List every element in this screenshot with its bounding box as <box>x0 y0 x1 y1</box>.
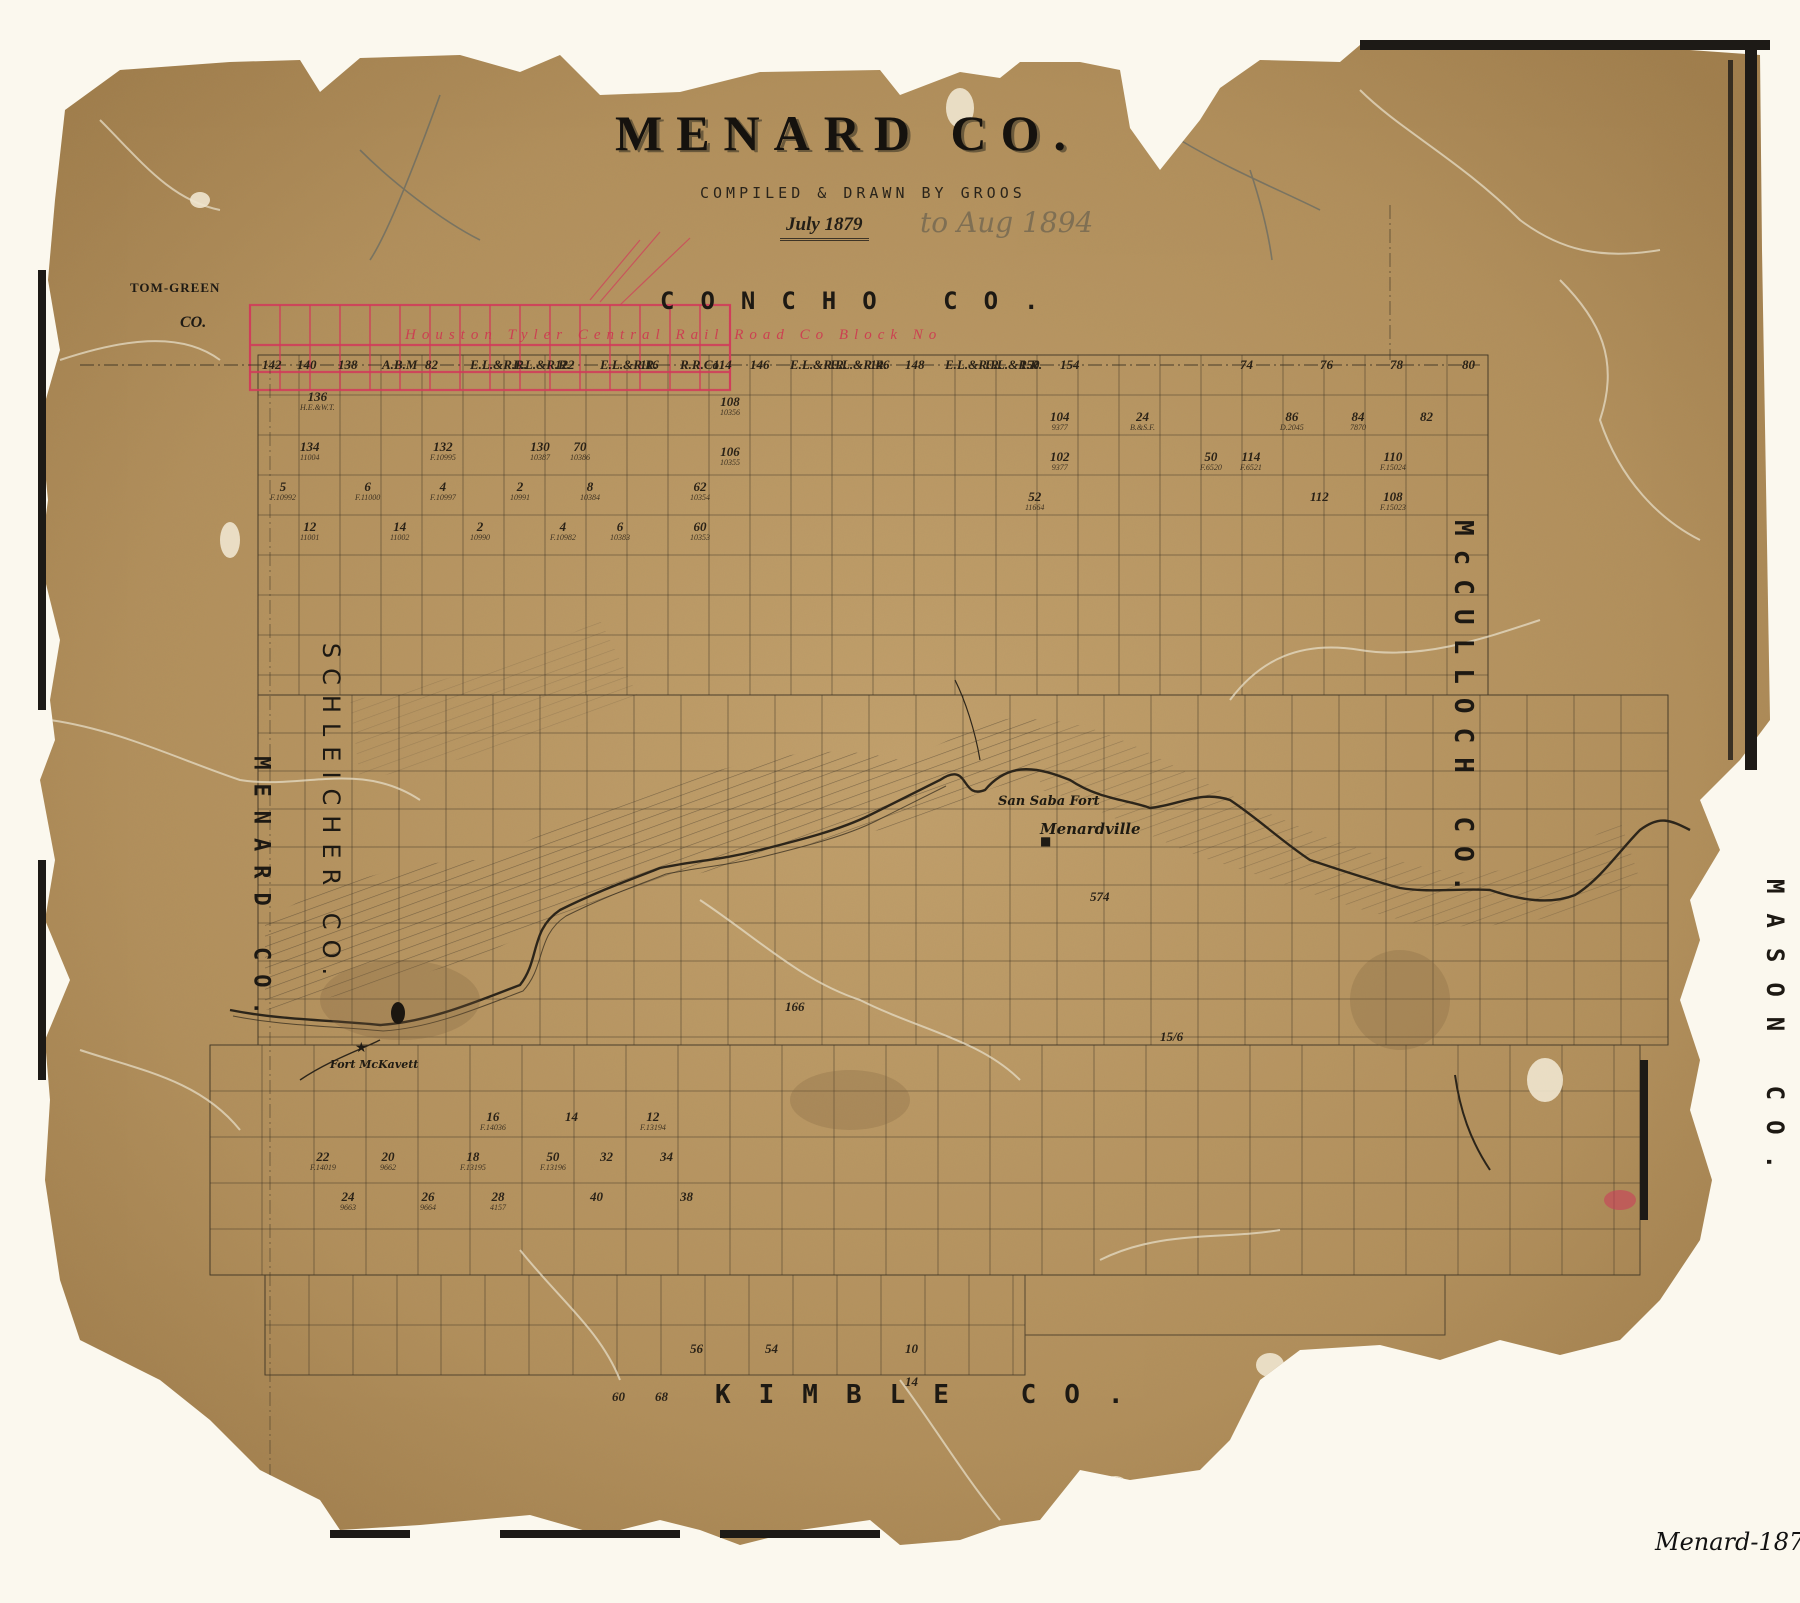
county-label-tom-green: TOM-GREEN <box>130 280 220 296</box>
county-label-kimble: KIMBLE CO. <box>715 1380 1152 1410</box>
survey-section: 249663 <box>340 1190 356 1212</box>
survey-section: 1029377 <box>1050 450 1070 472</box>
survey-section: 114F.6521 <box>1240 450 1262 472</box>
county-label-menard-inner: MENARD CO. <box>249 756 274 1028</box>
survey-section: 76 <box>1320 358 1333 372</box>
survey-section: 574 <box>1090 890 1110 904</box>
survey-section: 610383 <box>610 520 630 542</box>
survey-section: 6F.11000 <box>355 480 380 502</box>
survey-section: 10 <box>905 1342 918 1356</box>
county-label-mcculloch: McCULLOCH CO. <box>1448 520 1478 906</box>
survey-section: 284157 <box>490 1190 506 1212</box>
map-date: July 1879 <box>780 214 869 241</box>
survey-section: 810384 <box>580 480 600 502</box>
fort-star-icon: ★ <box>355 1040 368 1056</box>
survey-section: 1049377 <box>1050 410 1070 432</box>
county-label-tom-green-co: CO. <box>180 314 206 332</box>
survey-section: 78 <box>1390 358 1403 372</box>
survey-section: 60 <box>612 1390 625 1404</box>
county-label-concho: CONCHO CO. <box>660 287 1065 315</box>
survey-section: 10810356 <box>720 395 740 417</box>
survey-section: 140 <box>297 358 317 372</box>
handwritten-date: to Aug 1894 <box>920 206 1093 239</box>
county-label-mason: MASON CO. <box>1761 879 1789 1189</box>
survey-section: 6210354 <box>690 480 710 502</box>
survey-section: 209662 <box>380 1150 396 1172</box>
survey-section: 14 <box>565 1110 578 1124</box>
survey-section: 54 <box>765 1342 778 1356</box>
map-subtitle: COMPILED & DRAWN BY GROOS <box>700 184 1026 202</box>
survey-section: 6010353 <box>690 520 710 542</box>
survey-section: 108F.15023 <box>1380 490 1406 512</box>
survey-section: 34 <box>660 1150 673 1164</box>
survey-section: 210990 <box>470 520 490 542</box>
survey-section: 82 <box>1420 410 1433 424</box>
survey-section: 146 <box>870 358 890 372</box>
survey-section: 146 <box>750 358 770 372</box>
survey-section: 14 <box>905 1375 918 1389</box>
county-label-schleicher: SCHLEICHER CO. <box>317 643 345 985</box>
survey-section: 13010387 <box>530 440 550 462</box>
survey-section: 10610355 <box>720 445 740 467</box>
survey-section: A.B.M <box>382 358 417 372</box>
survey-section: 74 <box>1240 358 1253 372</box>
survey-section: 154 <box>1060 358 1080 372</box>
survey-section: 56 <box>690 1342 703 1356</box>
survey-section: 5F.10992 <box>270 480 296 502</box>
survey-section: 86D.2045 <box>1280 410 1304 432</box>
survey-section: 847870 <box>1350 410 1366 432</box>
survey-section: 138 <box>338 358 358 372</box>
survey-section: 80 <box>1462 358 1475 372</box>
map-title: MENARD CO. <box>615 104 1080 162</box>
survey-section: 50F.13196 <box>540 1150 566 1172</box>
survey-section: 150 <box>1020 358 1040 372</box>
survey-section: 5211664 <box>1025 490 1044 512</box>
survey-section: 110F.15024 <box>1380 450 1406 472</box>
place-san-saba-fort: San Saba Fort <box>998 794 1100 809</box>
survey-section: 210991 <box>510 480 530 502</box>
survey-section: 136H.E.&W.T. <box>300 390 335 412</box>
survey-section: 24B.&S.F. <box>1130 410 1155 432</box>
survey-section: 1211001 <box>300 520 319 542</box>
survey-section: 13411004 <box>300 440 320 462</box>
survey-section: 122 <box>555 358 575 372</box>
survey-section: 32 <box>600 1150 613 1164</box>
survey-section: 4F.10997 <box>430 480 456 502</box>
survey-section: 15/6 <box>1160 1030 1183 1044</box>
place-menardville: Menardville <box>1040 820 1141 838</box>
survey-section: 18F.13195 <box>460 1150 486 1172</box>
survey-section: 50F.6520 <box>1200 450 1222 472</box>
survey-section: 40 <box>590 1190 603 1204</box>
survey-section: 68 <box>655 1390 668 1404</box>
survey-section: 166 <box>785 1000 805 1014</box>
town-marker-icon: ■ <box>1040 834 1051 848</box>
survey-section: 112 <box>1310 490 1329 504</box>
survey-section: 38 <box>680 1190 693 1204</box>
survey-section: 12F.13194 <box>640 1110 666 1132</box>
survey-section: 132F.10995 <box>430 440 456 462</box>
red-overlay-text: Houston Tyler Central Rail Road Co Block… <box>405 327 942 344</box>
survey-section: 82 <box>425 358 438 372</box>
map-canvas: MENARD CO. COMPILED & DRAWN BY GROOS Jul… <box>0 0 1800 1603</box>
survey-section: 16F.14036 <box>480 1110 506 1132</box>
survey-section: 269664 <box>420 1190 436 1212</box>
survey-section: 4F.10982 <box>550 520 576 542</box>
survey-section: 7010386 <box>570 440 590 462</box>
survey-section: 1411002 <box>390 520 409 542</box>
survey-section: 142 <box>262 358 282 372</box>
survey-section: 22F.14019 <box>310 1150 336 1172</box>
catalog-signature: Menard-1879 <box>1655 1528 1800 1556</box>
survey-section: 148 <box>905 358 925 372</box>
place-fort-mckavett: Fort McKavett <box>330 1058 418 1071</box>
survey-section: 114 <box>713 358 732 372</box>
survey-section: 116 <box>640 358 659 372</box>
